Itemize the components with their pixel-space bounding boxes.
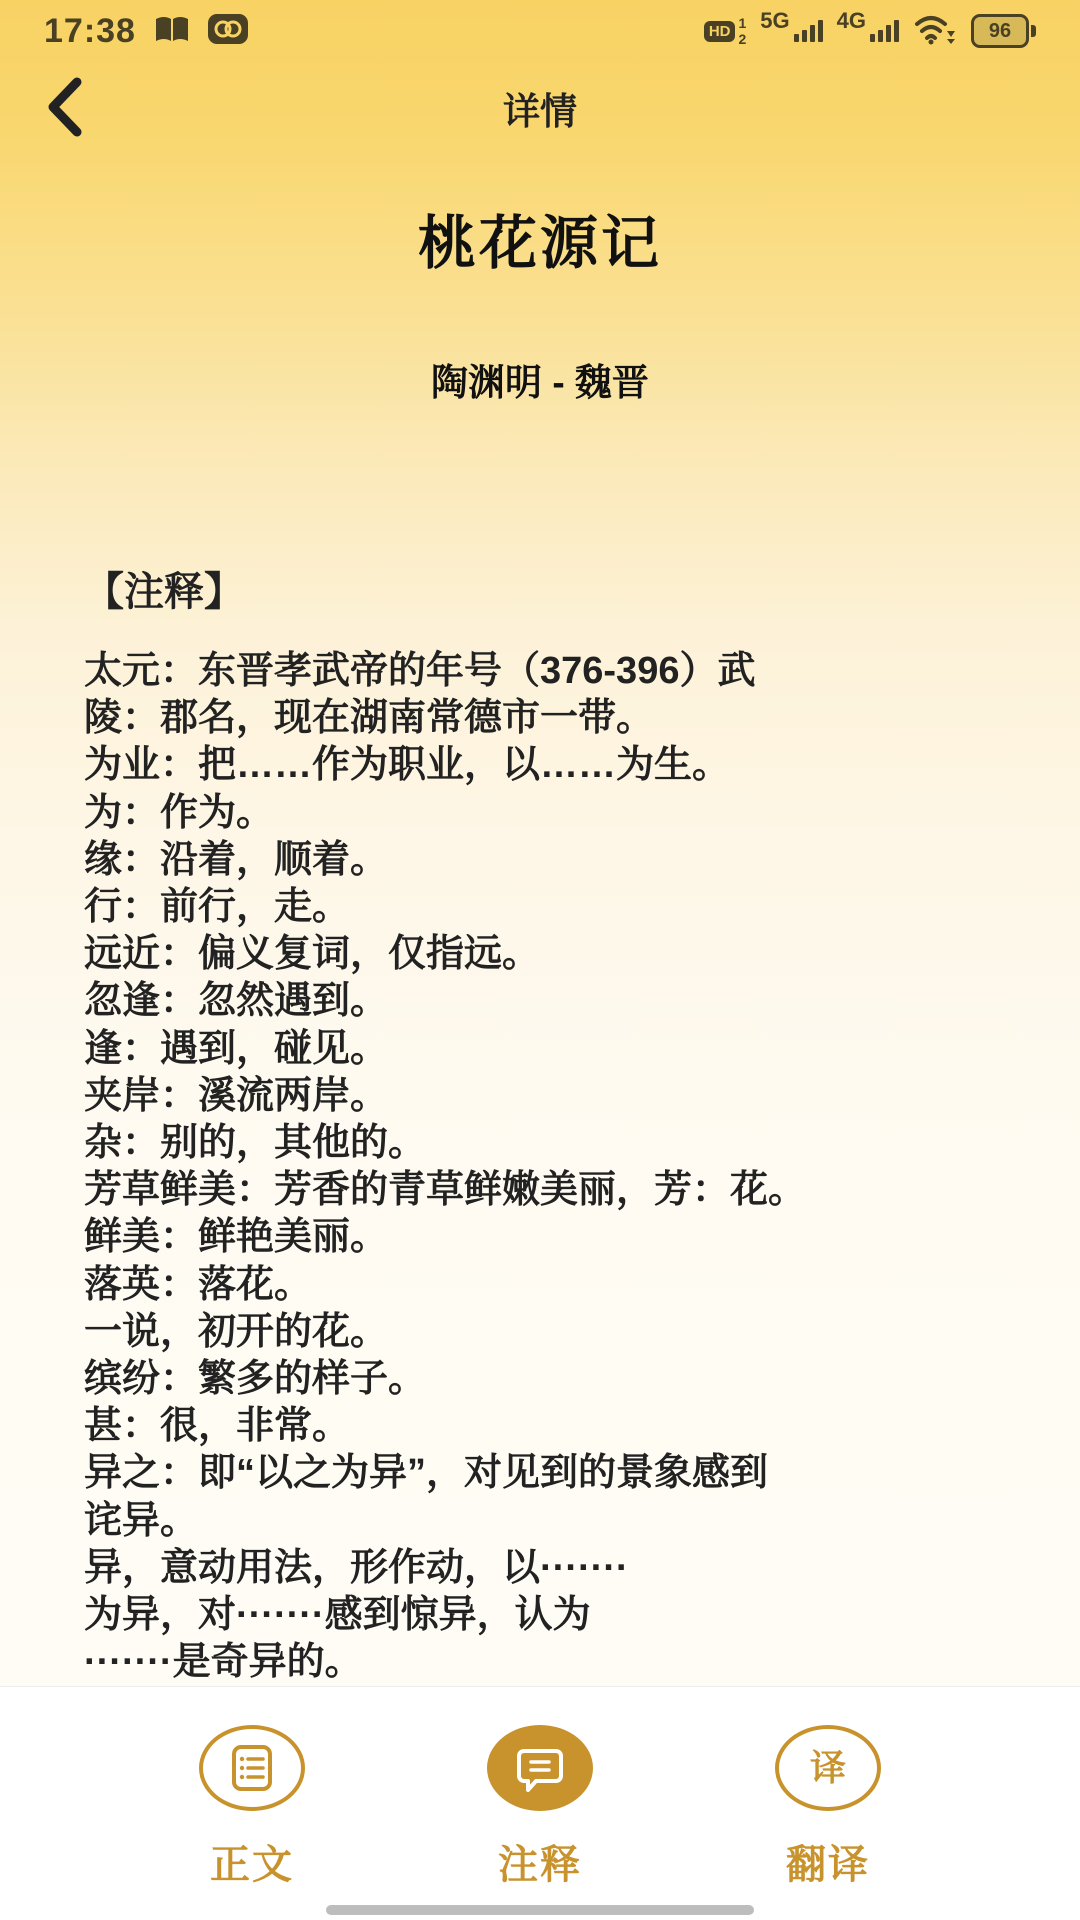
- note-line: 缘：沿着，顺着。: [84, 837, 1024, 884]
- note-line: 芳草鲜美：芳香的青草鲜嫩美丽，芳：花。: [84, 1167, 1024, 1214]
- note-line: 落英：落花。: [84, 1262, 1024, 1309]
- home-indicator[interactable]: [326, 1905, 754, 1915]
- screen-record-icon: [208, 14, 248, 49]
- tab-annotations[interactable]: 注释: [440, 1725, 640, 1920]
- article-title: 桃花源记: [0, 196, 1080, 280]
- note-line: 夹岸：溪流两岸。: [84, 1073, 1024, 1120]
- tab-label: 翻译: [786, 1833, 870, 1890]
- note-line: 太元：东晋孝武帝的年号（376-396）武: [84, 648, 1024, 695]
- article-author: 陶渊明 - 魏晋: [0, 352, 1080, 406]
- signal-5g-icon: 5G: [760, 20, 822, 42]
- tab-label: 注释: [498, 1833, 582, 1890]
- note-line: 杂：别的，其他的。: [84, 1120, 1024, 1167]
- signal-4g-icon: 4G: [837, 20, 899, 42]
- note-line: 异之：即“以之为异”，对见到的景象感到: [84, 1450, 1024, 1497]
- tab-main-text[interactable]: 正文: [152, 1725, 352, 1920]
- clock-time: 17:38: [44, 12, 136, 51]
- note-line: 远近：偏义复词，仅指远。: [84, 931, 1024, 978]
- bottom-tab-bar: 正文 注释 译 翻译: [0, 1686, 1080, 1920]
- note-line: 为业：把……作为职业，以……为生。: [84, 742, 1024, 789]
- note-line: 为：作为。: [84, 790, 1024, 837]
- note-line: 陵：郡名，现在湖南常德市一带。: [84, 695, 1024, 742]
- page-title: 详情: [0, 62, 1080, 154]
- battery-percent: 96: [971, 14, 1029, 48]
- tab-label: 正文: [210, 1833, 294, 1890]
- wifi-icon: [913, 13, 957, 50]
- battery-icon: 96: [971, 14, 1036, 48]
- note-line: 甚：很，非常。: [84, 1403, 1024, 1450]
- phone-screen: 17:38 HD 1 2: [0, 0, 1080, 1920]
- note-line: 异，意动用法，形作动，以·······: [84, 1545, 1024, 1592]
- note-line: 忽逢：忽然遇到。: [84, 978, 1024, 1025]
- note-line: 一说，初开的花。: [84, 1309, 1024, 1356]
- hd-voice-icon: HD 1 2: [704, 16, 746, 46]
- annotation-text: 太元：东晋孝武帝的年号（376-396）武陵：郡名，现在湖南常德市一带。为业：把…: [84, 648, 1024, 1686]
- note-line: ·······是奇异的。: [84, 1639, 1024, 1686]
- translate-icon: 译: [775, 1725, 881, 1811]
- book-icon: [154, 15, 190, 48]
- note-line: 行：前行，走。: [84, 884, 1024, 931]
- comment-bubble-icon: [487, 1725, 593, 1811]
- note-line: 鲜美：鲜艳美丽。: [84, 1214, 1024, 1261]
- note-line: 逢：遇到，碰见。: [84, 1026, 1024, 1073]
- section-heading: 【注释】: [84, 560, 244, 617]
- nav-bar: 详情: [0, 62, 1080, 154]
- status-bar: 17:38 HD 1 2: [0, 0, 1080, 62]
- tab-translation[interactable]: 译 翻译: [728, 1725, 928, 1920]
- note-line: 诧异。: [84, 1498, 1024, 1545]
- note-line: 缤纷：繁多的样子。: [84, 1356, 1024, 1403]
- document-list-icon: [199, 1725, 305, 1811]
- note-line: 为异，对·······感到惊异，认为: [84, 1592, 1024, 1639]
